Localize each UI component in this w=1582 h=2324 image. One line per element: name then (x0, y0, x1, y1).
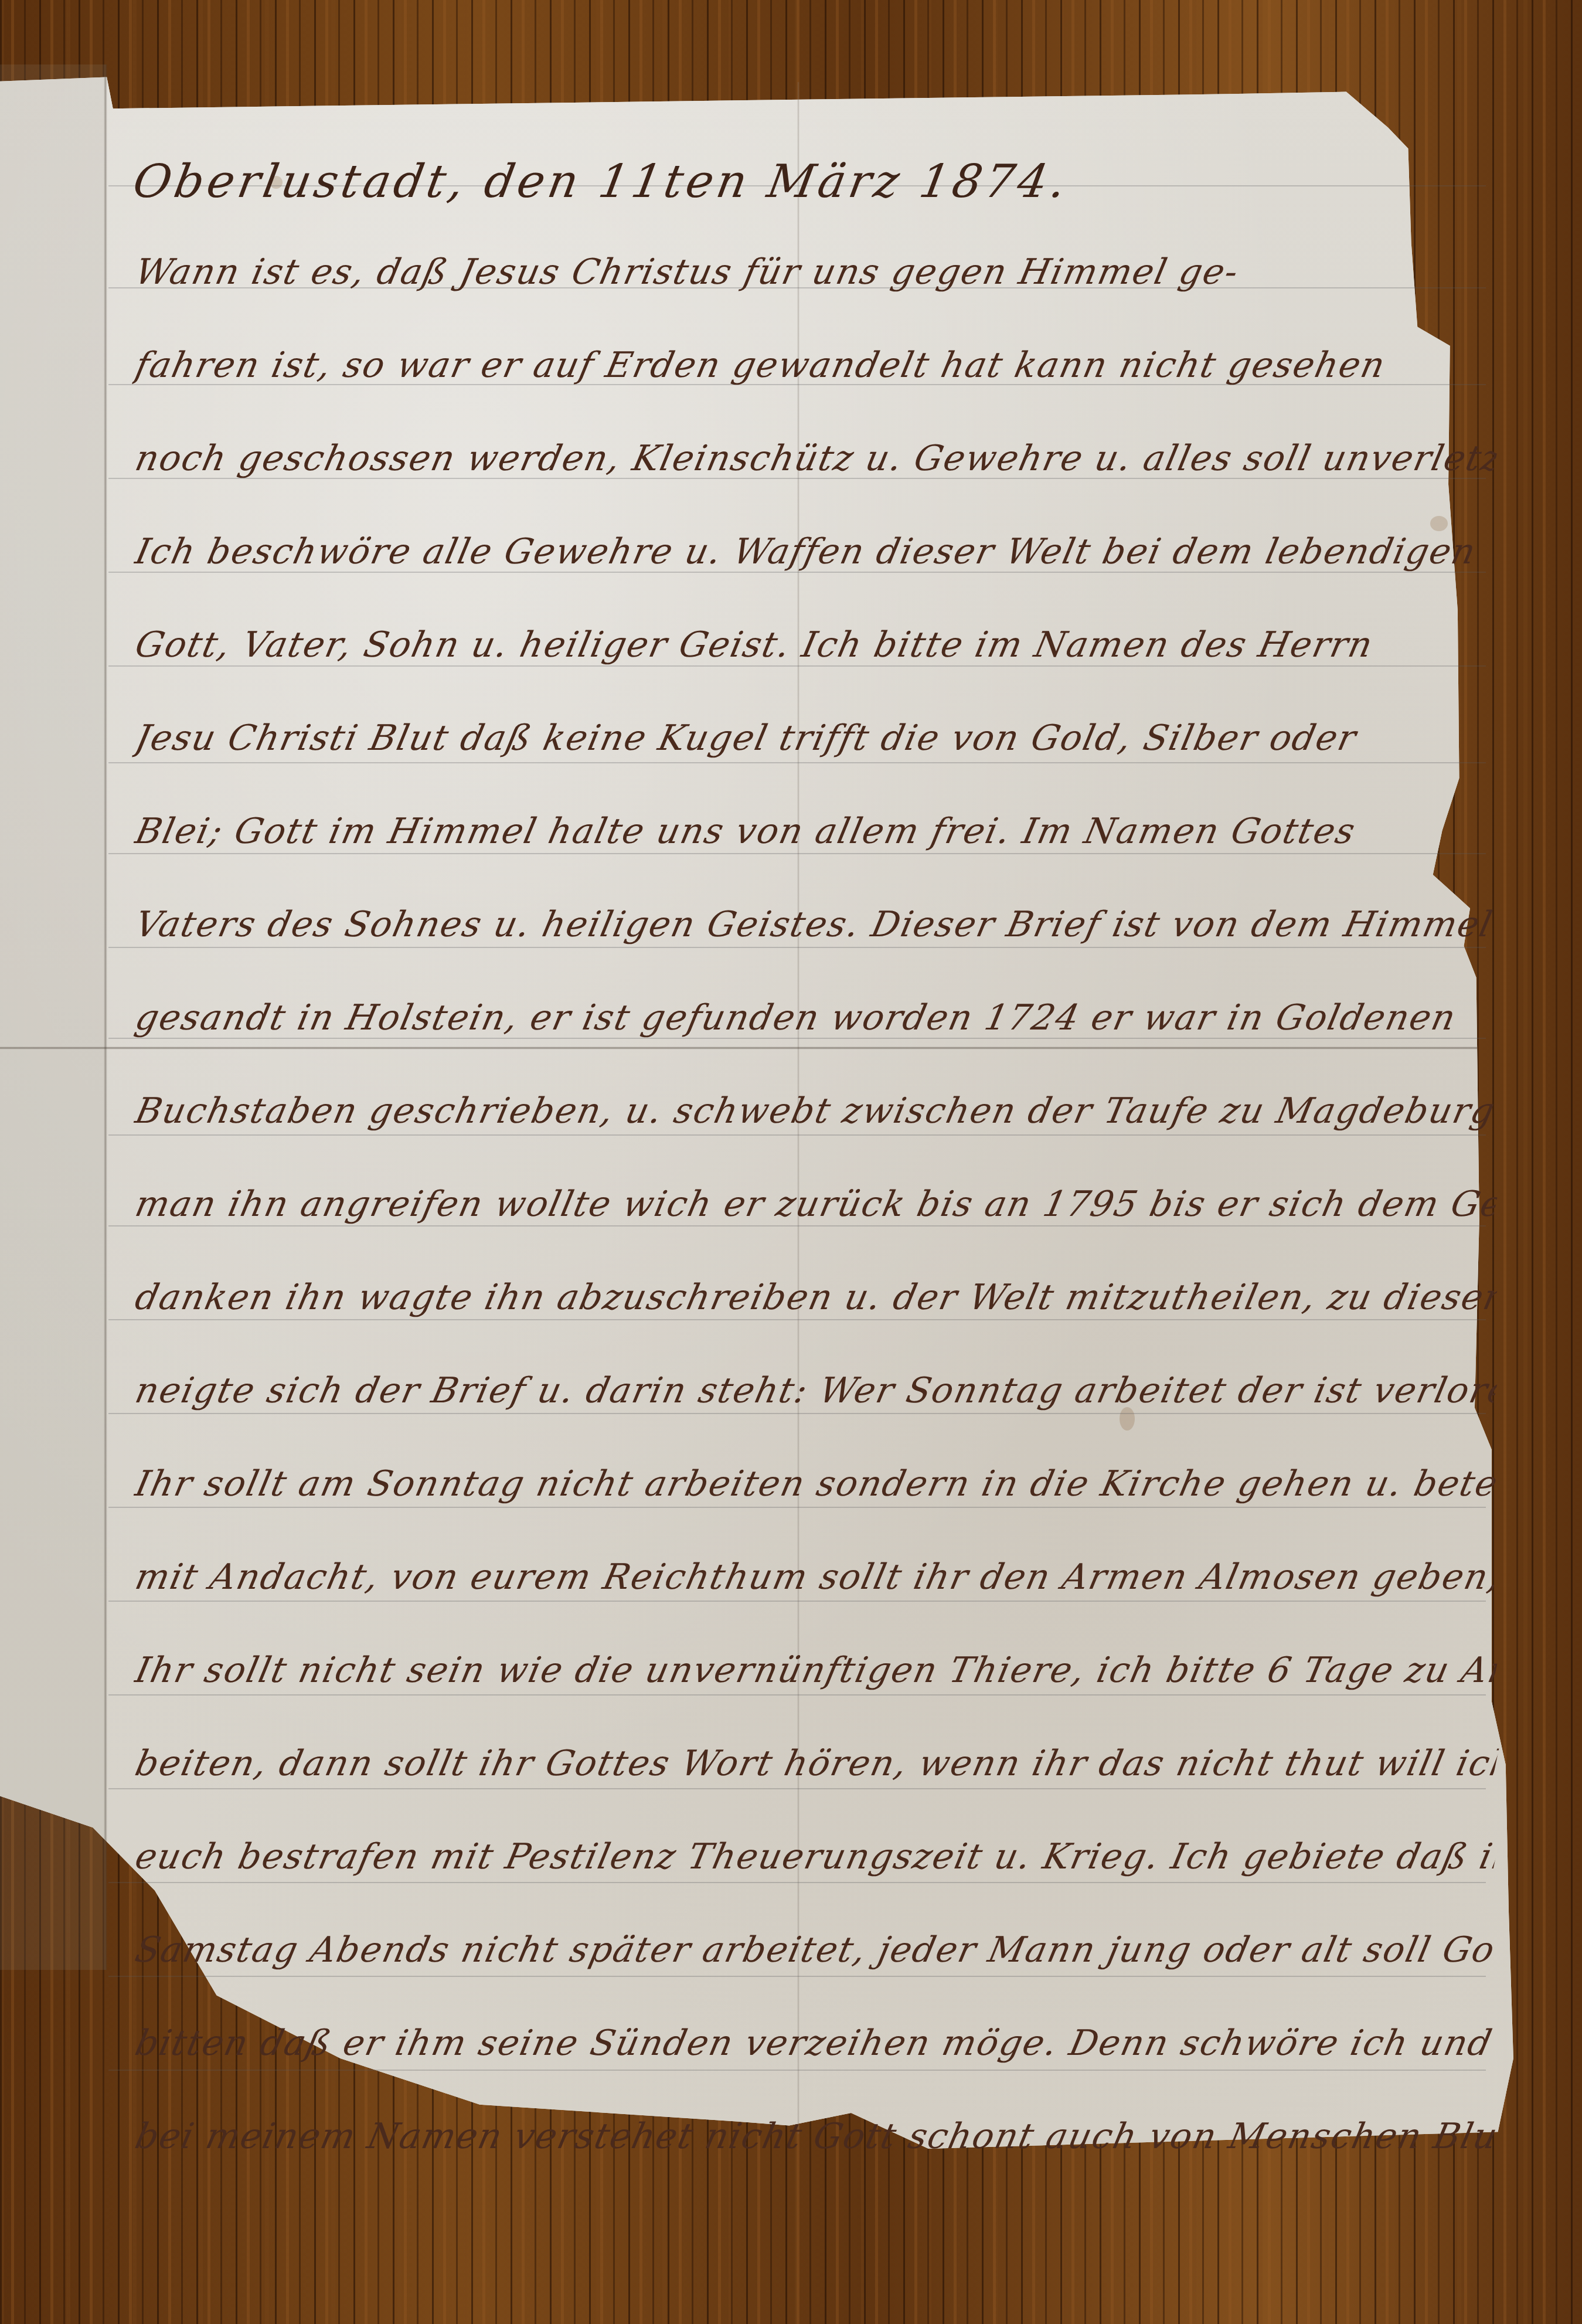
letter-line: noch geschossen werden, Kleinschütz u. G… (126, 412, 1506, 505)
letter-line: gesandt in Holstein, er ist gefunden wor… (126, 971, 1506, 1065)
letter-line: neigte sich der Brief u. darin steht: We… (126, 1344, 1506, 1438)
letter-line: Vaters des Sohnes u. heiligen Geistes. D… (126, 878, 1506, 971)
letter-line: Wann ist es, daß Jesus Christus für uns … (126, 226, 1506, 319)
folded-flap (0, 64, 106, 1970)
letter-line: Ihr sollt nicht sein wie die unvernünfti… (126, 1624, 1506, 1717)
letter-line: mit Andacht, von eurem Reichthum sollt i… (126, 1531, 1506, 1624)
letter-line: beiten, dann sollt ihr Gottes Wort hören… (126, 1717, 1506, 1810)
letter-line: man ihn angreifen wollte wich er zurück … (126, 1158, 1506, 1251)
letter-line: Ihr sollt am Sonntag nicht arbeiten sond… (126, 1438, 1506, 1531)
letter-line: Buchstaben geschrieben, u. schwebt zwisc… (126, 1065, 1506, 1158)
fold-crease-left (104, 64, 107, 1970)
letter-line: bei meinem Namen verstehet nicht Gott sc… (126, 2090, 1506, 2183)
letter-line: Ich beschwöre alle Gewehre u. Waffen die… (126, 505, 1506, 599)
letter-line: fahren ist, so war er auf Erden gewandel… (126, 319, 1506, 412)
letter-line: danken ihn wagte ihn abzuschreiben u. de… (126, 1251, 1506, 1344)
letter-line: Samstag Abends nicht später arbeitet, je… (126, 1904, 1506, 1997)
letter-line: Jesu Christi Blut daß keine Kugel trifft… (126, 692, 1506, 785)
letter-line: Gott, Vater, Sohn u. heiliger Geist. Ich… (126, 599, 1506, 692)
letter-line: euch bestrafen mit Pestilenz Theuerungsz… (126, 1810, 1506, 1904)
handwritten-letter: Oberlustadt, den 11ten März 1874. Wann i… (126, 138, 1486, 2183)
letter-line: Blei; Gott im Himmel halte uns von allem… (126, 785, 1506, 878)
letter-dateline: Oberlustadt, den 11ten März 1874. (126, 138, 1501, 226)
letter-line: bitten daß er ihm seine Sünden verzeihen… (126, 1997, 1506, 2090)
